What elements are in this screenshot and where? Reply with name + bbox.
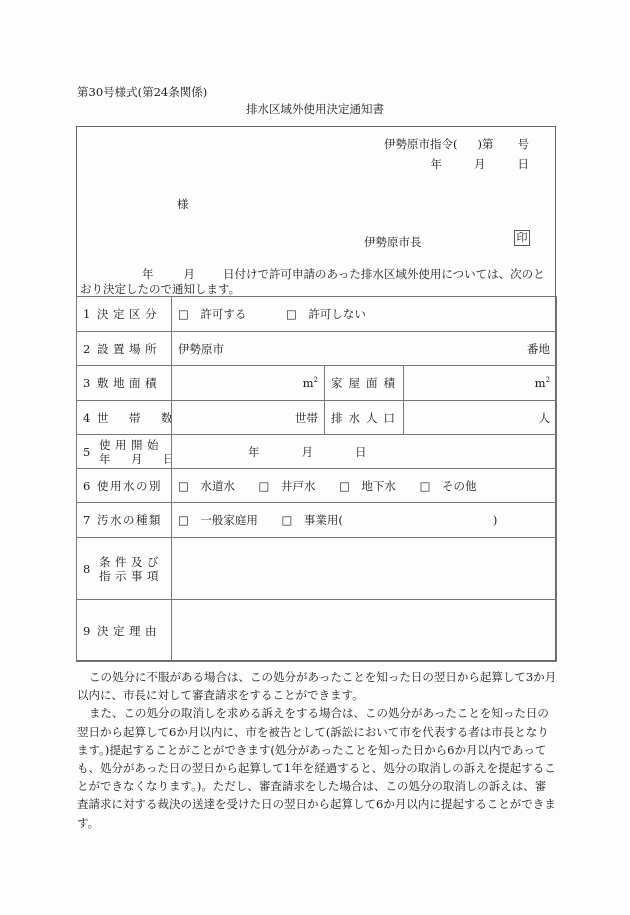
row-number: 6 bbox=[83, 479, 97, 493]
label-site-area: 3敷地面積 bbox=[77, 366, 172, 401]
unit-sup: 2 bbox=[314, 376, 318, 384]
label-households: 4世 帯 数 bbox=[77, 401, 172, 435]
intro-month: 月 bbox=[184, 267, 196, 281]
issuer-name: 伊勢原市長 bbox=[364, 234, 422, 250]
label-conditions: 8 条件及び 指示事項 bbox=[77, 538, 172, 600]
decision-options: □ 許可する □ 許可しない bbox=[172, 297, 557, 332]
row-label: 決定理由 bbox=[97, 624, 161, 638]
notice-header: 伊勢原市指令()第号 年月日 様 伊勢原市長 印 年月日付けで許可申請のあった排… bbox=[77, 127, 555, 297]
row-reason: 9決定理由 bbox=[77, 600, 557, 662]
row-water-source: 6使用水の別 □ 水道水 □ 井戸水 □ 地下水 □ その他 bbox=[77, 469, 557, 503]
row-label: 設置場所 bbox=[97, 342, 161, 356]
intro-text: 年月日付けで許可申請のあった排水区域外使用については、次のとおり決定したので通知… bbox=[80, 267, 554, 297]
label-line-1: 条件及び bbox=[99, 555, 163, 569]
note-revocation-suit: また、この処分の取消しを求める訴えをする場合は、この処分があったことを知った日の… bbox=[77, 704, 557, 831]
label-wastewater-type: 7汚水の種類 bbox=[77, 503, 172, 538]
intro-year: 年 bbox=[142, 267, 154, 281]
row-number: 4 bbox=[83, 411, 97, 425]
row-number: 8 bbox=[83, 562, 97, 576]
row-number: 1 bbox=[83, 307, 97, 321]
row-conditions: 8 条件及び 指示事項 bbox=[77, 538, 557, 600]
row-location: 2設置場所 伊勢原市 番地 bbox=[77, 332, 557, 366]
option-tap-water[interactable]: □ 水道水 bbox=[178, 478, 235, 494]
row-label: 汚水の種類 bbox=[97, 513, 162, 527]
seal-icon: 印 bbox=[514, 230, 530, 246]
conditions-field[interactable] bbox=[172, 538, 557, 600]
row-number: 5 bbox=[83, 445, 97, 459]
row-number: 3 bbox=[83, 376, 97, 390]
label-reason: 9決定理由 bbox=[77, 600, 172, 662]
addressee: 様 bbox=[177, 196, 189, 212]
order-prefix: 伊勢原市指令( bbox=[384, 136, 458, 152]
label-decision: 1決定区分 bbox=[77, 297, 172, 332]
label-building-area: 家屋面積 bbox=[325, 366, 404, 401]
reason-field[interactable] bbox=[172, 600, 557, 662]
drainage-population-field[interactable]: 人 bbox=[404, 401, 557, 435]
unit: m bbox=[535, 376, 546, 390]
notice-form: 伊勢原市指令()第号 年月日 様 伊勢原市長 印 年月日付けで許可申請のあった排… bbox=[76, 126, 556, 661]
row-number: 9 bbox=[83, 624, 97, 638]
note-review-request: この処分に不服がある場合は、この処分があったことを知った日の翌日から起算して3か… bbox=[77, 668, 557, 704]
document-title: 排水区域外使用決定通知書 bbox=[0, 101, 630, 117]
option-permit[interactable]: □ 許可する bbox=[178, 306, 246, 322]
row-wastewater-type: 7汚水の種類 □ 一般家庭用 □ 事業用() bbox=[77, 503, 557, 538]
label-start-date: 5 使用開始 年 月 日 bbox=[77, 435, 172, 469]
order-number: 伊勢原市指令()第号 bbox=[384, 136, 529, 152]
row-start-date: 5 使用開始 年 月 日 年月日 bbox=[77, 435, 557, 469]
option-deny[interactable]: □ 許可しない bbox=[286, 306, 366, 322]
business-close-paren: ) bbox=[493, 513, 498, 527]
start-month: 月 bbox=[302, 444, 314, 460]
date-year: 年 bbox=[431, 156, 443, 172]
form-number: 第30号様式(第24条関係) bbox=[77, 84, 207, 100]
issue-date: 年月日 bbox=[431, 156, 530, 172]
start-day: 日 bbox=[355, 444, 367, 460]
row-number: 7 bbox=[83, 513, 97, 527]
appeal-notes: この処分に不服がある場合は、この処分があったことを知った日の翌日から起算して3か… bbox=[77, 668, 557, 832]
location-suffix: 番地 bbox=[527, 341, 550, 357]
row-number: 2 bbox=[83, 342, 97, 356]
location-field[interactable]: 伊勢原市 番地 bbox=[172, 332, 557, 366]
two-line-label: 使用開始 年 月 日 bbox=[99, 438, 172, 466]
date-month: 月 bbox=[474, 156, 486, 172]
label-location: 2設置場所 bbox=[77, 332, 172, 366]
start-date-field[interactable]: 年月日 bbox=[172, 435, 557, 469]
option-household[interactable]: □ 一般家庭用 bbox=[178, 512, 258, 528]
wastewater-options: □ 一般家庭用 □ 事業用() bbox=[172, 503, 557, 538]
option-other[interactable]: □ その他 bbox=[420, 478, 477, 494]
two-line-label: 条件及び 指示事項 bbox=[99, 555, 163, 583]
option-groundwater[interactable]: □ 地下水 bbox=[339, 478, 396, 494]
row-decision: 1決定区分 □ 許可する □ 許可しない bbox=[77, 297, 557, 332]
label-line-1: 使用開始 bbox=[99, 438, 172, 452]
date-day: 日 bbox=[518, 156, 530, 172]
households-field[interactable]: 世帯 bbox=[172, 401, 325, 435]
unit: m bbox=[303, 376, 314, 390]
row-label: 使用水の別 bbox=[97, 479, 162, 493]
order-suffix: 号 bbox=[518, 136, 530, 152]
site-area-field[interactable]: m2 bbox=[172, 366, 325, 401]
row-label: 世 帯 数 bbox=[97, 411, 172, 425]
start-year: 年 bbox=[248, 444, 260, 460]
water-source-options: □ 水道水 □ 井戸水 □ 地下水 □ その他 bbox=[172, 469, 557, 503]
label-line-2: 年 月 日 bbox=[99, 452, 172, 466]
row-households: 4世 帯 数 世帯 排水人口 人 bbox=[77, 401, 557, 435]
row-label: 敷地面積 bbox=[97, 376, 161, 390]
option-well-water[interactable]: □ 井戸水 bbox=[259, 478, 316, 494]
label-line-2: 指示事項 bbox=[99, 569, 163, 583]
location-prefix: 伊勢原市 bbox=[178, 342, 224, 356]
row-label: 決定区分 bbox=[97, 307, 161, 321]
order-mid: )第 bbox=[478, 136, 494, 152]
decision-table: 1決定区分 □ 許可する □ 許可しない 2設置場所 伊勢原市 番地 3敷地面積… bbox=[76, 296, 557, 662]
row-area: 3敷地面積 m2 家屋面積 m2 bbox=[77, 366, 557, 401]
label-water-source: 6使用水の別 bbox=[77, 469, 172, 503]
label-drainage-population: 排水人口 bbox=[325, 401, 404, 435]
unit-sup: 2 bbox=[546, 376, 550, 384]
option-business[interactable]: □ 事業用( bbox=[282, 513, 343, 527]
building-area-field[interactable]: m2 bbox=[404, 366, 557, 401]
